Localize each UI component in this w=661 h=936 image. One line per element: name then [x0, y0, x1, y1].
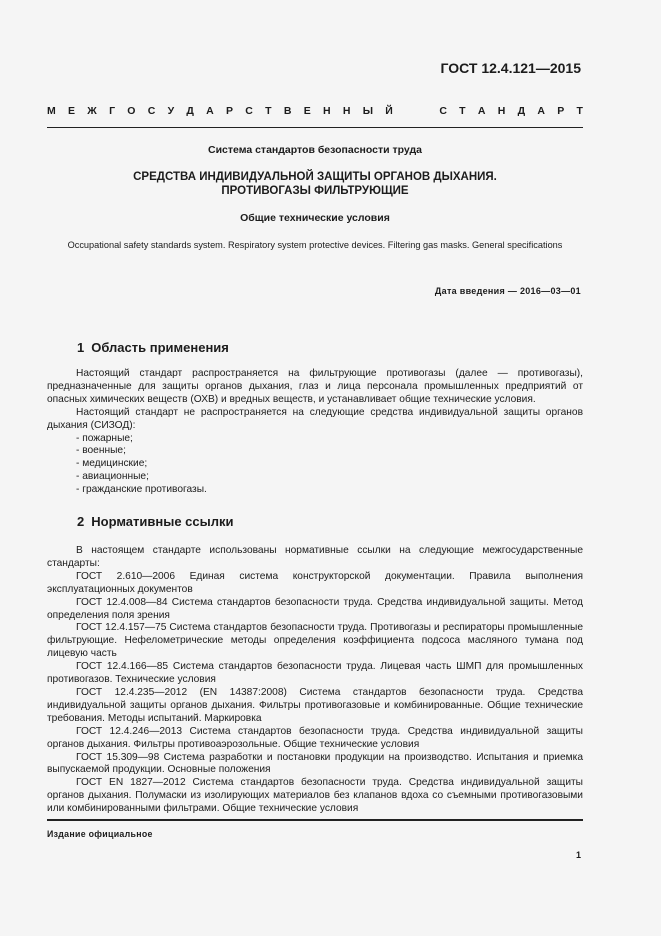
banner-letter: О — [127, 105, 135, 117]
banner-letter: А — [537, 105, 545, 117]
banner-letter: Ы — [363, 105, 373, 117]
section-2-body: В настоящем стандарте использованы норма… — [47, 545, 583, 816]
banner-letter: Н — [323, 105, 331, 117]
reference-item: ГОСТ 12.4.166—85 Система стандартов безо… — [47, 661, 583, 687]
reference-item: ГОСТ 12.4.235—2012 (EN 14387:2008) Систе… — [47, 687, 583, 726]
banner-word-gap — [405, 105, 427, 117]
main-title-line-2: ПРОТИВОГАЗЫ ФИЛЬТРУЮЩИЕ — [47, 184, 583, 198]
document-number: ГОСТ 12.4.121—2015 — [441, 60, 582, 76]
interstate-standard-banner: МЕЖГОСУДАРСТВЕННЫЙСТАНДАРТ — [47, 105, 583, 117]
section-1-number: 1 — [77, 340, 84, 355]
banner-letter: Д — [518, 105, 525, 117]
list-item: - пожарные; — [47, 433, 583, 446]
reference-item: ГОСТ 2.610—2006 Единая система конструкт… — [47, 571, 583, 597]
banner-letter: Н — [498, 105, 506, 117]
banner-letter: Р — [226, 105, 233, 117]
list-item: - авиационные; — [47, 471, 583, 484]
banner-letter: В — [284, 105, 292, 117]
main-title: СРЕДСТВА ИНДИВИДУАЛЬНОЙ ЗАЩИТЫ ОРГАНОВ Д… — [47, 170, 583, 198]
reference-item: ГОСТ 12.4.157—75 Система стандартов безо… — [47, 622, 583, 661]
section-1-paragraph-2: Настоящий стандарт не распространяется н… — [47, 407, 583, 433]
section-2-intro: В настоящем стандарте использованы норма… — [47, 545, 583, 571]
banner-letter: Е — [68, 105, 75, 117]
official-edition-label: Издание официальное — [47, 829, 153, 839]
banner-letter: Т — [459, 105, 465, 117]
english-title: Occupational safety standards system. Re… — [60, 238, 570, 252]
subtitle: Общие технические условия — [47, 212, 583, 224]
section-1-title: Область применения — [91, 340, 229, 355]
list-item: - медицинские; — [47, 458, 583, 471]
banner-letter: Д — [186, 105, 193, 117]
banner-letter: Н — [343, 105, 351, 117]
section-1-body: Настоящий стандарт распространяется на ф… — [47, 368, 583, 497]
banner-letter: С — [439, 105, 447, 117]
banner-letter: Е — [304, 105, 311, 117]
reference-item: ГОСТ EN 1827—2012 Система стандартов без… — [47, 777, 583, 816]
banner-letter: Ж — [87, 105, 97, 117]
series-title: Система стандартов безопасности труда — [47, 144, 583, 156]
banner-letter: М — [47, 105, 56, 117]
page-number: 1 — [576, 850, 581, 860]
list-item: - военные; — [47, 445, 583, 458]
banner-letter: Р — [557, 105, 564, 117]
banner-letter: А — [206, 105, 214, 117]
reference-item: ГОСТ 12.4.246—2013 Система стандартов бе… — [47, 726, 583, 752]
section-2-number: 2 — [77, 514, 84, 529]
reference-item: ГОСТ 12.4.008—84 Система стандартов безо… — [47, 597, 583, 623]
banner-letter: У — [168, 105, 175, 117]
document-page: ГОСТ 12.4.121—2015 МЕЖГОСУДАРСТВЕННЫЙСТА… — [0, 0, 661, 936]
banner-letter: Т — [265, 105, 271, 117]
banner-letter: Й — [385, 105, 393, 117]
footer-divider — [47, 819, 583, 821]
main-title-line-1: СРЕДСТВА ИНДИВИДУАЛЬНОЙ ЗАЩИТЫ ОРГАНОВ Д… — [47, 170, 583, 184]
banner-letter: С — [245, 105, 253, 117]
banner-letter: С — [148, 105, 156, 117]
banner-letter: А — [478, 105, 486, 117]
section-1-paragraph-1: Настоящий стандарт распространяется на ф… — [47, 368, 583, 407]
introduction-date: Дата введения — 2016—03—01 — [435, 286, 581, 296]
section-2-heading: 2Нормативные ссылки — [77, 514, 233, 529]
list-item: - гражданские противогазы. — [47, 484, 583, 497]
section-1-heading: 1Область применения — [77, 340, 229, 355]
header-divider — [47, 127, 583, 128]
reference-item: ГОСТ 15.309—98 Система разработки и пост… — [47, 752, 583, 778]
banner-letter: Г — [109, 105, 115, 117]
banner-letter: Т — [576, 105, 582, 117]
section-2-title: Нормативные ссылки — [91, 514, 233, 529]
excluded-ppe-list: - пожарные; - военные; - медицинские; - … — [47, 433, 583, 498]
